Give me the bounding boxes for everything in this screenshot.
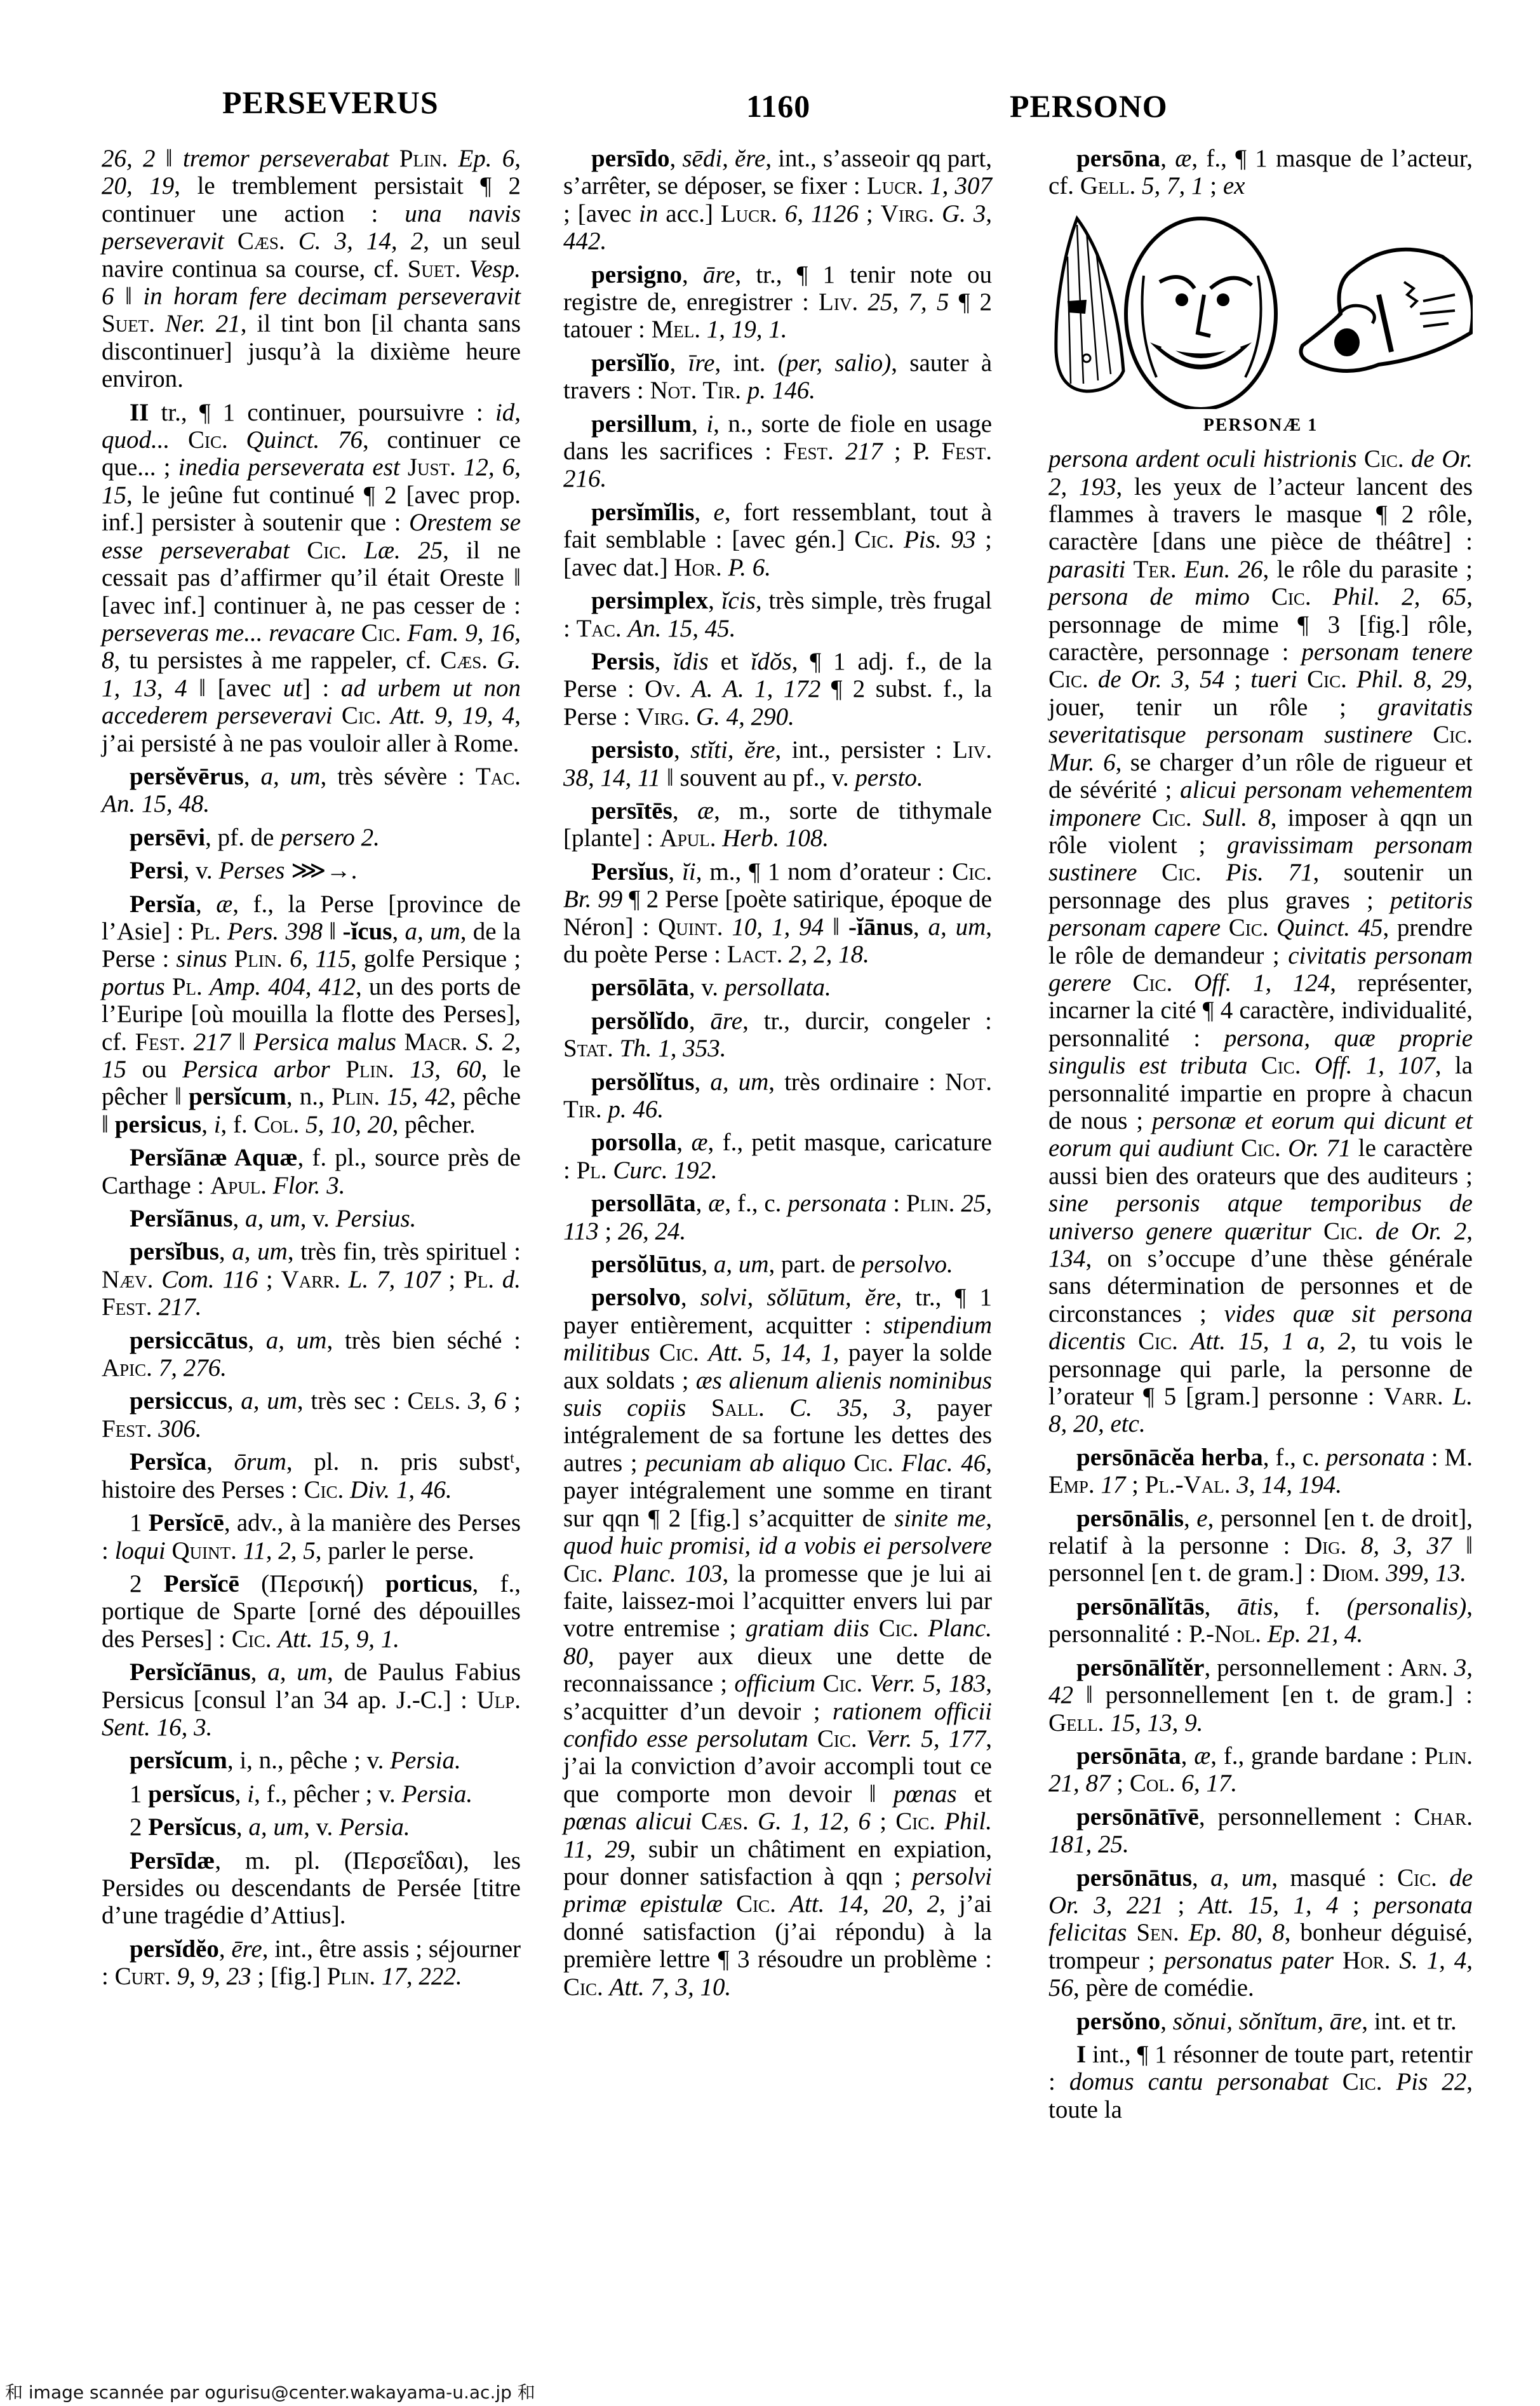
dictionary-entry: II tr., ¶ 1 continuer, poursuivre : id, … [102,399,521,757]
theatre-masks-illustration-icon [1048,206,1473,409]
dictionary-entry: persĭdĕo, ēre, int., être assis ; séjour… [102,1935,521,1991]
dictionary-entry: persōnātīvē, personnellement : Char. 181… [1048,1803,1473,1858]
dictionary-entry: I int., ¶ 1 résonner de toute part, rete… [1048,2041,1473,2123]
right-guide-word: PERSONO [1010,88,1168,124]
dictionary-entry: persigno, āre, tr., ¶ 1 tenir note ou re… [563,261,992,344]
dictionary-entry: persiccātus, a, um, très bien séché : Ap… [102,1327,521,1382]
dictionary-entry: Persĭānæ Aquæ, f. pl., source près de Ca… [102,1144,521,1199]
dictionary-entry: persĭmĭlis, e, fort ressemblant, tout à … [563,499,992,581]
theatre-masks-figure [1048,206,1473,409]
dictionary-column-1: 26, 2 ‖ tremor perseverabat Plin. Ep. 6,… [102,145,521,1996]
dictionary-entry: persŏno, sŏnui, sŏnĭtum, āre, int. et tr… [1048,2008,1473,2035]
dictionary-entry: persŏlūtus, a, um, part. de persolvo. [563,1251,992,1278]
dictionary-entry: persōnāta, æ, f., grande bardane : Plin.… [1048,1742,1473,1798]
scan-credit-footer: 和 image scannée par ogurisu@center.wakay… [5,2379,535,2404]
dictionary-entry: Persĭca, ōrum, pl. n. pris substᵗ, histo… [102,1448,521,1503]
dictionary-entry: Persĭcĭānus, a, um, de Paulus Fabius Per… [102,1658,521,1741]
dictionary-entry: porsolla, æ, f., petit masque, caricatur… [563,1129,992,1184]
dictionary-entry: persōnālĭtĕr, personnellement : Arn. 3, … [1048,1654,1473,1737]
dictionary-column-3: persōna, æ, f., ¶ 1 masque de l’acteur, … [1048,145,1473,2129]
dictionary-entry: 1 Persĭcē, adv., à la manière des Perses… [102,1509,521,1564]
dictionary-entry: persimplex, ĭcis, très simple, très frug… [563,587,992,642]
dictionary-entry: persōlāta, v. persollata. [563,974,992,1001]
dictionary-entry: persītēs, æ, m., sorte de tithymale [pla… [563,797,992,852]
dictionary-entry: persollāta, æ, f., c. personata : Plin. … [563,1190,992,1245]
dictionary-entry: Persĭānus, a, um, v. Persius. [102,1205,521,1232]
page-number: 1160 [746,88,810,124]
left-guide-word: PERSEVERUS [222,84,439,121]
dictionary-entry: persillum, i, n., sorte de fiole en usag… [563,410,992,493]
dictionary-entry: persōna, æ, f., ¶ 1 masque de l’acteur, … [1048,145,1473,200]
page-header: PERSEVERUS 1160 PERSONO [0,0,1540,165]
dictionary-entry: Persis, ĭdis et ĭdŏs, ¶ 1 adj. f., de la… [563,648,992,730]
dictionary-entry: persēvi, pf. de persero 2. [102,824,521,851]
figure-caption: PERSONÆ 1 [1048,412,1473,439]
dictionary-entry: 2 Persĭcus, a, um, v. Persia. [102,1813,521,1841]
dictionary-entry: Persĭa, æ, f., la Perse [province de l’A… [102,890,521,1139]
dictionary-entry: persōnālis, e, personnel [en t. de droit… [1048,1505,1473,1587]
dictionary-entry: Persi, v. Perses ⋙→. [102,857,521,884]
dictionary-entry: persĭlĭo, īre, int. (per, salio), sauter… [563,349,992,405]
dictionary-entry: 1 persĭcus, i, f., pêcher ; v. Persia. [102,1780,521,1808]
dictionary-entry: persīdo, sēdi, ĕre, int., s’asseoir qq p… [563,145,992,255]
dictionary-entry: persĕvērus, a, um, très sévère : Tac. An… [102,763,521,818]
dictionary-entry: persōnācĕa herba, f., c. personata : M. … [1048,1444,1473,1499]
dictionary-entry: 26, 2 ‖ tremor perseverabat Plin. Ep. 6,… [102,145,521,393]
dictionary-entry: persisto, stĭti, ĕre, int., persister : … [563,736,992,791]
dictionary-entry: persolvo, solvi, sŏlūtum, ĕre, tr., ¶ 1 … [563,1284,992,2001]
dictionary-entry: persōnālĭtās, ātis, f. (personalis), per… [1048,1593,1473,1648]
dictionary-entry: persŏlĭtus, a, um, très ordinaire : Not.… [563,1068,992,1124]
dictionary-entry: persŏlĭdo, āre, tr., durcir, congeler : … [563,1007,992,1063]
dictionary-entry: Persīdæ, m. pl. (Περσεΐδαι), les Perside… [102,1847,521,1930]
dictionary-entry: persĭbus, a, um, très fin, très spiritue… [102,1238,521,1321]
dictionary-entry: persiccus, a, um, très sec : Cels. 3, 6 … [102,1387,521,1442]
dictionary-entry: persĭcum, i, n., pêche ; v. Persia. [102,1747,521,1774]
dictionary-column-2: persīdo, sēdi, ĕre, int., s’asseoir qq p… [563,145,992,2006]
dictionary-entry: 2 Persĭcē (Περσική) porticus, f., portiq… [102,1570,521,1653]
dictionary-entry: Persĭus, ĭi, m., ¶ 1 nom d’orateur : Cic… [563,858,992,969]
dictionary-entry: persona ardent oculi histrionis Cic. de … [1048,445,1473,1438]
dictionary-entry: persōnātus, a, um, masqué : Cic. de Or. … [1048,1864,1473,2002]
